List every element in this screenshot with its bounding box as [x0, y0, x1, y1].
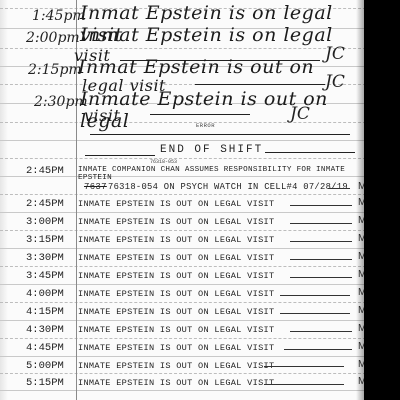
fill-line — [328, 188, 350, 189]
entry-time: 3:30PM — [26, 252, 64, 264]
entry-text: INMATE EPSTEIN IS OUT ON LEGAL VISIT — [78, 271, 274, 281]
redaction-bar — [364, 0, 400, 400]
fill-line — [284, 349, 352, 350]
end-shift-right-line — [265, 152, 355, 153]
entry-text: INMATE EPSTEIN IS OUT ON LEGAL VISIT — [78, 378, 274, 388]
entry-time: 4:30PM — [26, 324, 64, 336]
entry-text: INMATE EPSTEIN IS OUT ON LEGAL VISIT — [78, 217, 274, 227]
entry-text: Inmate Epstein is out on legal — [80, 88, 366, 132]
ruled-line — [0, 320, 366, 321]
ruled-line — [0, 48, 366, 49]
entry-time: 4:45PM — [26, 342, 64, 354]
entry-time: 2:00pm — [26, 30, 80, 46]
initials: JC — [325, 44, 345, 64]
ruled-line — [0, 284, 366, 285]
entry-text: INMATE EPSTEIN IS OUT ON LEGAL VISIT — [78, 343, 274, 353]
ruled-line — [0, 266, 366, 267]
entry-time: 4:15PM — [26, 306, 64, 318]
entry-time: 2:45PM — [26, 198, 64, 210]
entry-text: INMATE EPSTEIN IS OUT ON LEGAL VISIT — [78, 199, 274, 209]
ruled-line — [0, 140, 366, 141]
fill-line — [280, 313, 350, 314]
entry-text: Inmat Epstein is on legal — [80, 24, 333, 46]
fill-line — [290, 259, 352, 260]
page-left-edge — [0, 0, 8, 400]
fill-line — [290, 205, 352, 206]
ruled-line — [0, 390, 366, 391]
fill-line — [150, 114, 250, 115]
fill-line — [264, 384, 344, 385]
ruled-line — [0, 248, 366, 249]
ruled-line — [0, 194, 366, 195]
fill-line — [195, 84, 325, 85]
entry-text: INMATE EPSTEIN IS OUT ON LEGAL VISIT — [78, 361, 274, 371]
fill-line — [264, 366, 344, 367]
entry-time: 3:45PM — [26, 270, 64, 282]
entry-time: 5:15PM — [26, 377, 64, 389]
ruled-line — [0, 373, 366, 374]
error-strike-line — [90, 134, 350, 135]
entry-time: 1:45pm — [32, 8, 86, 24]
inmate-number-note: 76318-053 — [150, 159, 177, 165]
fill-line — [280, 295, 350, 296]
entry-time: 5:00PM — [26, 360, 64, 372]
entry-text: INMATE EPSTEIN IS OUT ON LEGAL VISIT — [78, 235, 274, 245]
ruled-line — [0, 230, 366, 231]
entry-text: INMATE COMPANION CHAN ASSUMES RESPONSIBI… — [78, 166, 366, 182]
entry-time: 3:00PM — [26, 216, 64, 228]
entry-text: INMATE EPSTEIN IS OUT ON LEGAL VISIT — [78, 325, 274, 335]
entry-text: INMATE EPSTEIN IS OUT ON LEGAL VISIT — [78, 289, 274, 299]
entry-text-cont: visit — [84, 106, 120, 125]
fill-line — [290, 241, 352, 242]
struck-number: 7637 — [84, 182, 107, 192]
entry-text: INMATE EPSTEIN IS OUT ON LEGAL VISIT — [78, 307, 274, 317]
ruled-line — [0, 302, 366, 303]
entry-text: Inmat Epstein is out on — [78, 56, 314, 78]
entry-time: 4:00PM — [26, 288, 64, 300]
logbook-page: 1:45pm Inmat Epstein is on legal visit 2… — [0, 0, 366, 400]
entry-time: 2:45PM — [26, 165, 64, 177]
entry-time: 2:15pm — [28, 62, 82, 78]
entry-time: 3:15PM — [26, 234, 64, 246]
ruled-line — [0, 338, 366, 339]
entry-text: INMATE EPSTEIN IS OUT ON LEGAL VISIT — [78, 253, 274, 263]
error-note: ERROR — [196, 122, 215, 129]
entry-text-cont: 76318-054 ON PSYCH WATCH IN CELL#4 07/28… — [108, 182, 348, 192]
end-shift-left-line — [85, 155, 155, 156]
ruled-line — [0, 158, 366, 159]
end-of-shift-label: END OF SHIFT — [160, 144, 263, 156]
ruled-line — [0, 356, 366, 357]
ruled-line — [0, 212, 366, 213]
initials: JC — [290, 104, 310, 124]
fill-line — [290, 223, 352, 224]
fill-line — [290, 331, 352, 332]
fill-line — [290, 277, 352, 278]
